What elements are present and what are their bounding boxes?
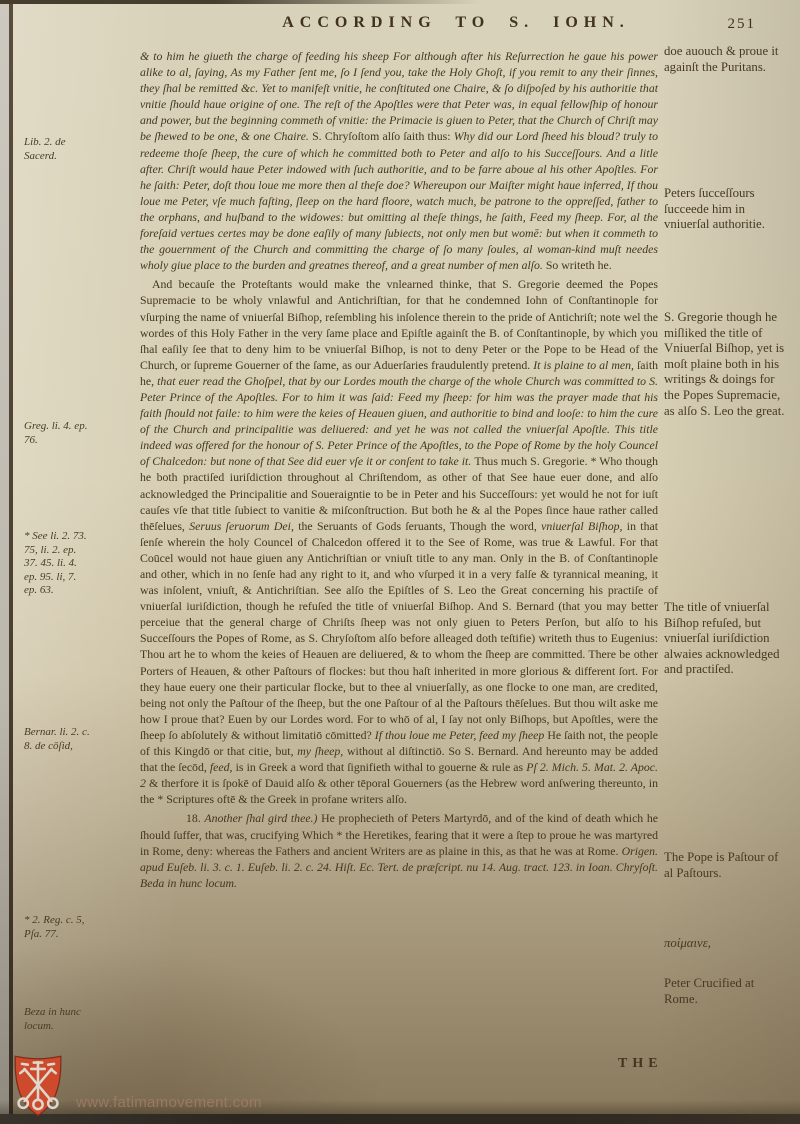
left-margin-note: * 2. Reg. c. 5, Pſa. 77. — [24, 914, 90, 941]
catchword: THE — [618, 1056, 663, 1072]
text-segment: is in Greek a word that ſignifieth witha… — [236, 760, 527, 774]
left-margin-note: Beza in hunc locum. — [24, 1006, 90, 1033]
book-page-scan: ACCORDING TO S. IOHN. 251 Lib. 2. de Sac… — [0, 0, 800, 1124]
text-segment: Another ſhal gird thee.) — [204, 811, 321, 825]
left-margin-note: Greg. li. 4. ep. 76. — [24, 420, 90, 447]
crossed-keys-shield-icon — [12, 1052, 64, 1118]
left-margin-note: Bernar. li. 2. c. 8. de cōſid, — [24, 726, 90, 753]
left-margin-note: Lib. 2. de Sacerd. — [24, 136, 90, 163]
right-margin-note: doe auouch & proue it againſt the Purita… — [664, 44, 788, 75]
text-segment: in that ſenſe wherein the holy Councel o… — [140, 519, 658, 742]
text-segment: It is plaine to al men, — [533, 358, 637, 372]
right-margin-note: The Pope is Paſtour of al Paſtours. — [664, 850, 788, 881]
text-segment: 18. — [186, 811, 204, 825]
text-segment: & therfore it is ſpokē of Dauid alſo & o… — [140, 776, 658, 806]
text-segment: the Seruants of Gods ſeruants, Though th… — [298, 519, 541, 533]
text-segment: my ſheep, — [297, 744, 347, 758]
left-margin-column: Lib. 2. de Sacerd. Greg. li. 4. ep. 76. … — [24, 0, 90, 1124]
text-segment: vniuerſal Biſhop, — [541, 519, 627, 533]
right-margin-note: The title of vniuerſal Biſhop refuſed, b… — [664, 600, 788, 678]
watermark-url: www.fatimamovement.com — [76, 1094, 262, 1111]
right-margin-column: doe auouch & proue it againſt the Purita… — [664, 0, 788, 1124]
text-segment: S. Chryſoſtom alſo ſaith thus: — [312, 129, 454, 143]
right-margin-note: Peter Crucified at Rome. — [664, 976, 788, 1007]
page-left-outer-edge — [0, 0, 9, 1124]
right-margin-note-greek: ποίμαινε, — [664, 936, 788, 952]
right-margin-note: Peters ſucceſſours ſucceede him in vniue… — [664, 186, 788, 233]
body-text-column: & to him he giueth the charge of feeding… — [140, 48, 658, 894]
left-margin-note: * See li. 2. 73. 75, li. 2. ep. 37. 45. … — [24, 530, 90, 598]
text-segment: Why did our Lord ſheed his bloud? truly … — [140, 129, 658, 272]
text-segment: Seruus ſeruorum Dei, — [189, 519, 298, 533]
right-margin-note: S. Gregorie though he miſliked the title… — [664, 310, 788, 419]
body-paragraph: & to him he giueth the charge of feeding… — [140, 48, 658, 273]
body-paragraph: 18. Another ſhal gird thee.) He propheci… — [140, 810, 658, 890]
text-segment: feed, — [210, 760, 236, 774]
page-left-edge-line — [9, 0, 13, 1124]
body-paragraph: And becauſe the Proteſtants would make t… — [140, 276, 658, 807]
text-segment: If thou loue me Peter, feed my ſheep — [375, 728, 548, 742]
text-segment: So writeth he. — [546, 258, 612, 272]
